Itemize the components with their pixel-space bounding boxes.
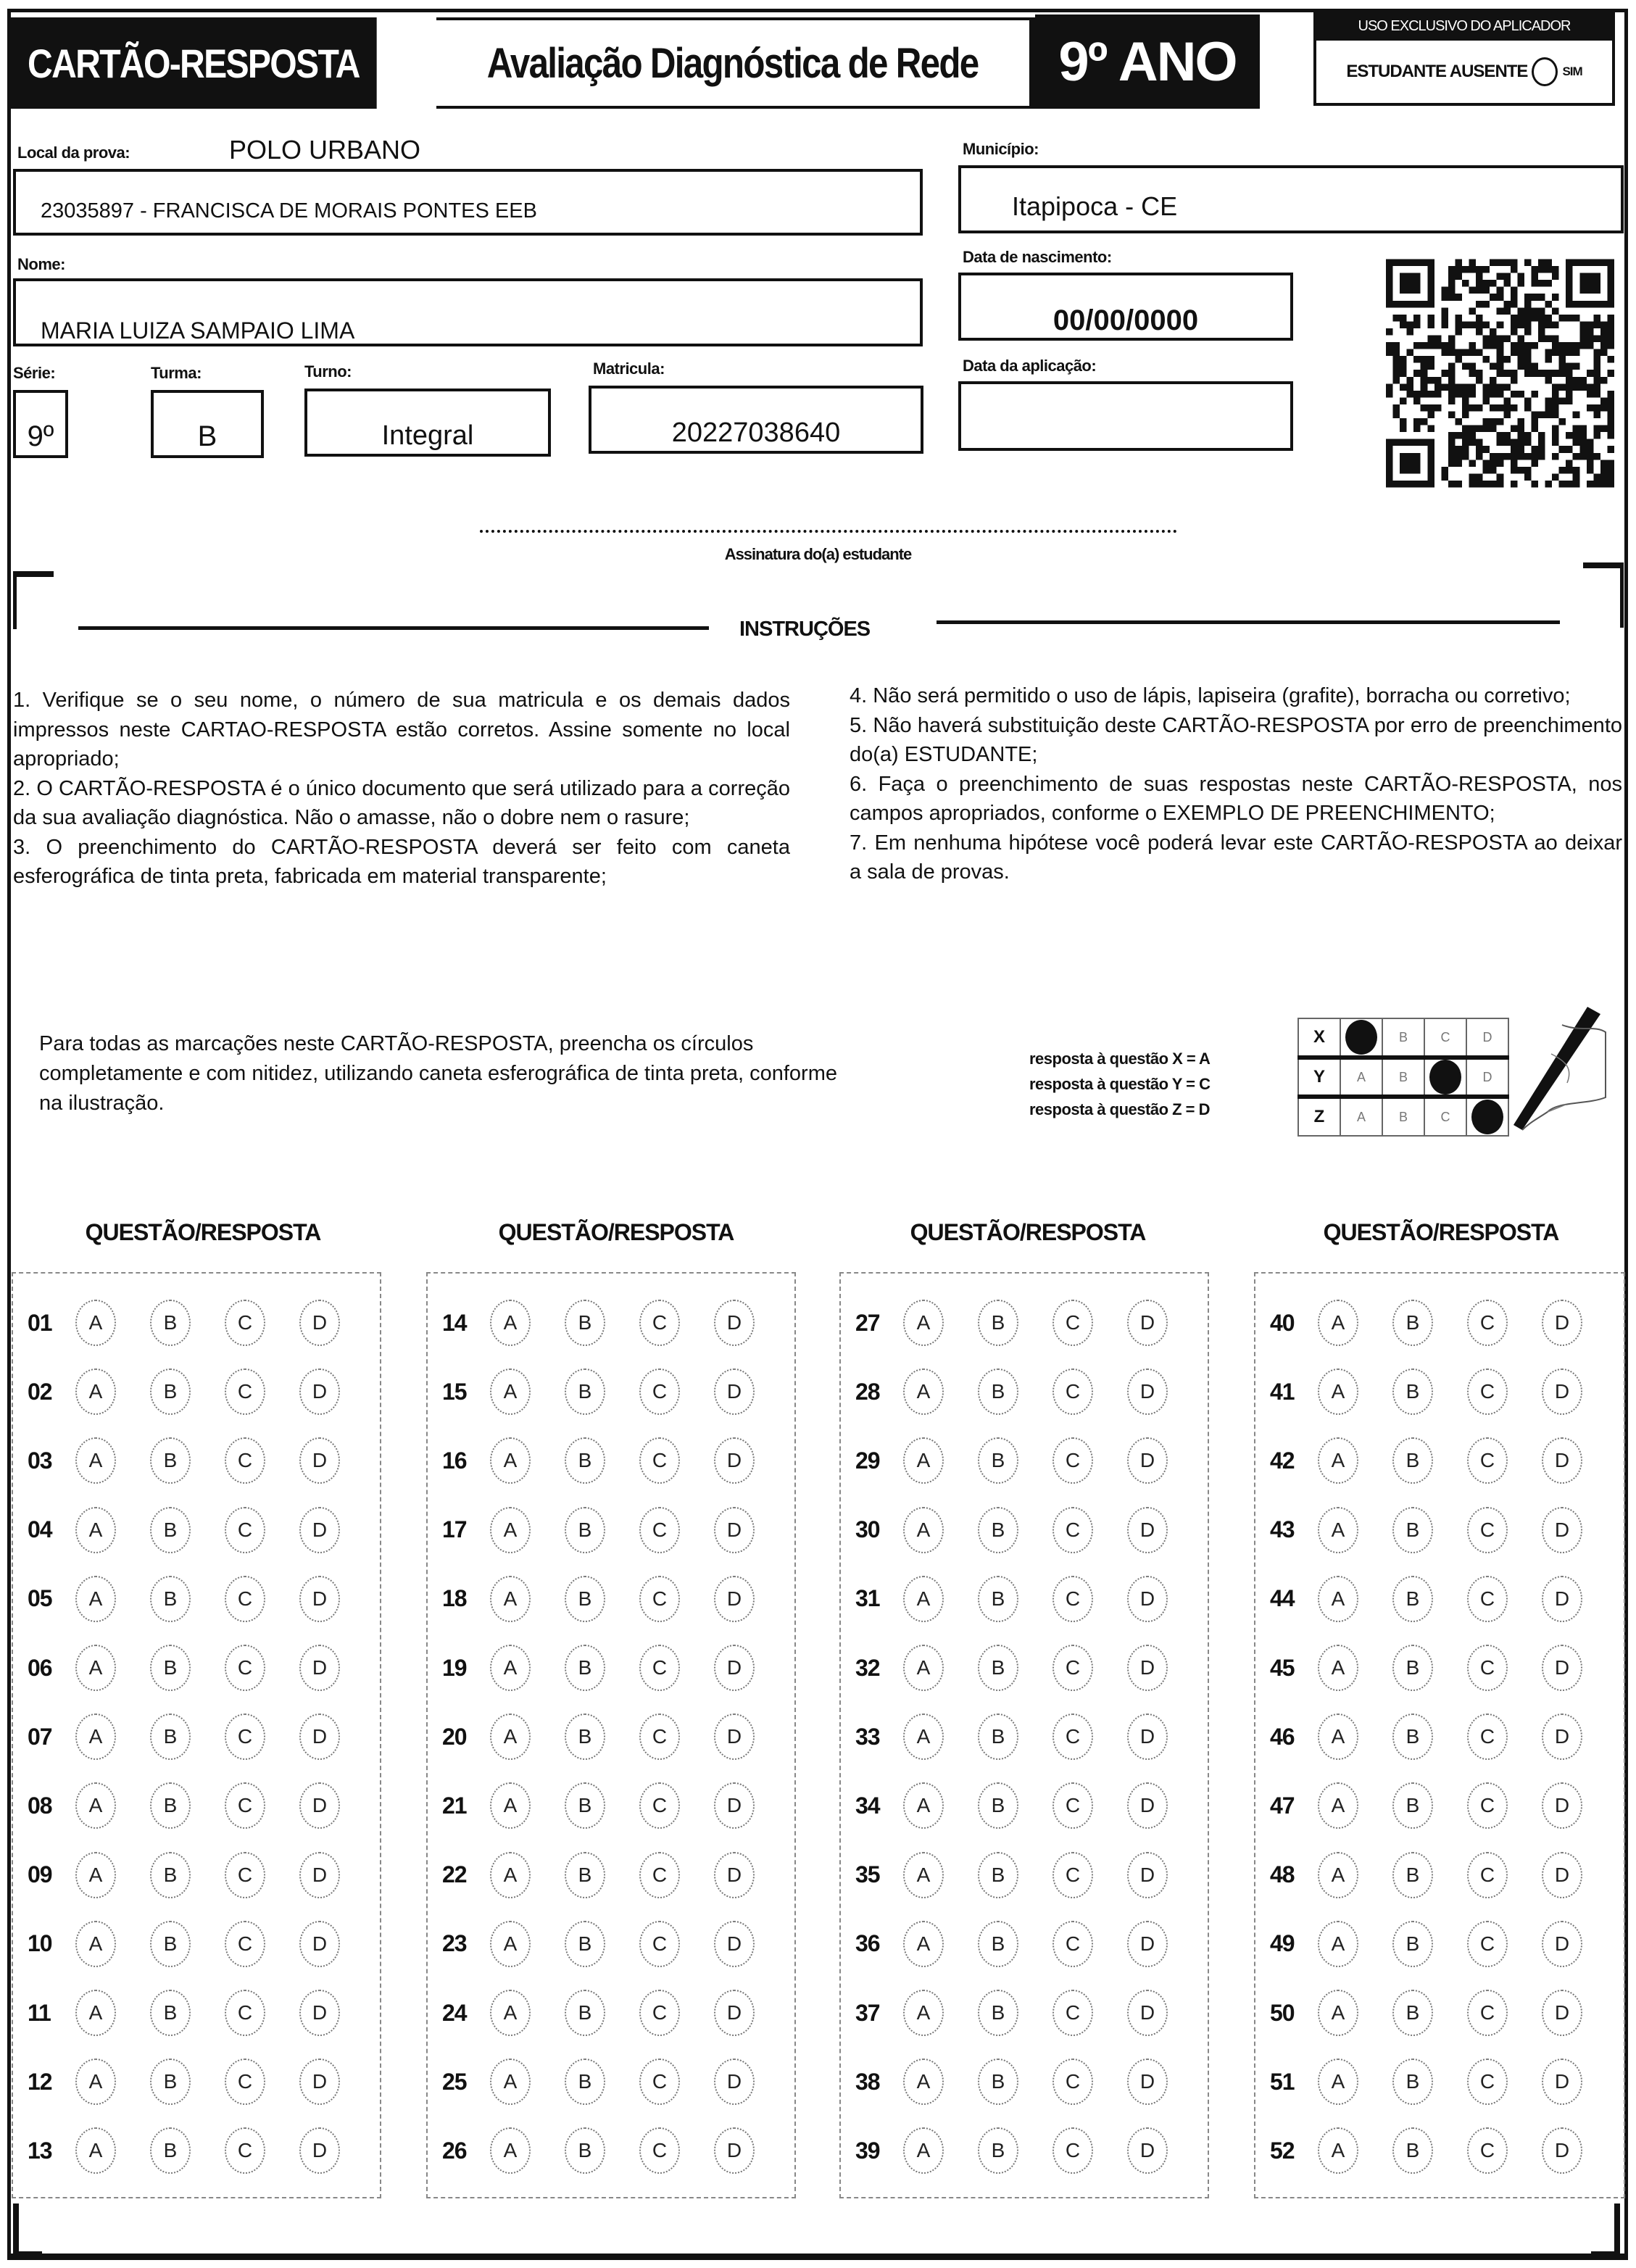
answer-bubble-d[interactable]: D — [299, 1921, 340, 1967]
answer-bubble-a[interactable]: A — [1318, 1368, 1358, 1415]
name-field: MARIA LUIZA SAMPAIO LIMA — [13, 278, 923, 346]
answer-bubble-b[interactable]: B — [978, 1645, 1018, 1691]
answer-bubble-a[interactable]: A — [903, 2059, 944, 2105]
answer-bubble-c[interactable]: C — [225, 1852, 265, 1898]
question-row: 46ABCD — [1255, 1715, 1624, 1758]
question-number: 19 — [428, 1655, 490, 1682]
answer-bubble-a[interactable]: A — [1318, 1714, 1358, 1760]
answer-bubble-c[interactable]: C — [639, 1782, 680, 1829]
exam-location-value: POLO URBANO — [229, 135, 420, 165]
answer-bubble-a[interactable]: A — [75, 1300, 116, 1346]
answer-bubble-c[interactable]: C — [1052, 1852, 1093, 1898]
signature-line[interactable] — [480, 530, 1177, 533]
answer-bubble-b[interactable]: B — [565, 1437, 605, 1484]
question-row: 38ABCD — [841, 2060, 1208, 2103]
answer-bubble-d[interactable]: D — [299, 1714, 340, 1760]
question-row: 05ABCD — [13, 1577, 380, 1621]
answer-bubble-d[interactable]: D — [299, 1576, 340, 1622]
answer-bubble-a[interactable]: A — [490, 1576, 531, 1622]
example-empty-bubble: B — [1382, 1058, 1424, 1097]
answer-bubble-b[interactable]: B — [150, 1645, 191, 1691]
question-row: 13ABCD — [13, 2129, 380, 2172]
answer-bubble-b[interactable]: B — [978, 1507, 1018, 1553]
answer-bubble-c[interactable]: C — [225, 2127, 265, 2174]
question-row: 14ABCD — [428, 1301, 794, 1345]
answer-bubble-b[interactable]: B — [150, 2059, 191, 2105]
question-row: 37ABCD — [841, 1991, 1208, 2035]
answer-bubble-c[interactable]: C — [639, 1368, 680, 1415]
answer-bubble-b[interactable]: B — [1392, 1921, 1433, 1967]
answer-bubble-b[interactable]: B — [565, 1576, 605, 1622]
answer-bubble-c[interactable]: C — [1052, 1300, 1093, 1346]
grade-badge: 9º ANO — [1035, 14, 1260, 109]
grade-badge-text: 9º ANO — [1058, 30, 1236, 94]
answer-bubble-d[interactable]: D — [1127, 1990, 1168, 2036]
answer-bubble-d[interactable]: D — [1542, 1714, 1582, 1760]
answer-bubble-c[interactable]: C — [1052, 1921, 1093, 1967]
answer-bubble-c[interactable]: C — [639, 2127, 680, 2174]
example-empty-bubble: C — [1424, 1018, 1466, 1058]
column-header: QUESTÃO/RESPOSTA — [435, 1219, 797, 1246]
answer-bubble-b[interactable]: B — [565, 1300, 605, 1346]
instructions-left: 1. Verifique se o seu nome, o número de … — [13, 686, 790, 892]
answer-bubble-d[interactable]: D — [299, 1990, 340, 2036]
answer-bubble-b[interactable]: B — [565, 2127, 605, 2174]
answer-bubble-c[interactable]: C — [639, 2059, 680, 2105]
answer-bubble-b[interactable]: B — [978, 2127, 1018, 2174]
answer-bubble-c[interactable]: C — [225, 1645, 265, 1691]
card-title-text: CARTÃO-RESPOSTA — [28, 40, 360, 87]
question-row: 29ABCD — [841, 1439, 1208, 1482]
question-row: 36ABCD — [841, 1922, 1208, 1966]
answer-bubble-a[interactable]: A — [1318, 1437, 1358, 1484]
answer-bubble-a[interactable]: A — [903, 1921, 944, 1967]
question-row: 26ABCD — [428, 2129, 794, 2172]
answer-bubble-b[interactable]: B — [150, 1990, 191, 2036]
filled-circle-icon — [1345, 1020, 1377, 1055]
answer-bubble-a[interactable]: A — [75, 1852, 116, 1898]
question-number: 31 — [841, 1585, 903, 1612]
answer-bubble-b[interactable]: B — [565, 1990, 605, 2036]
class-label: Turma: — [151, 364, 202, 383]
grade-label: Série: — [13, 364, 55, 383]
answer-bubble-c[interactable]: C — [225, 1990, 265, 2036]
answer-bubble-b[interactable]: B — [150, 1576, 191, 1622]
answer-bubble-a[interactable]: A — [903, 1576, 944, 1622]
question-number: 13 — [13, 2138, 75, 2164]
answer-bubble-a[interactable]: A — [75, 1576, 116, 1622]
answer-bubble-c[interactable]: C — [1467, 1645, 1508, 1691]
answer-bubble-b[interactable]: B — [1392, 1507, 1433, 1553]
answer-bubble-b[interactable]: B — [978, 1437, 1018, 1484]
question-row: 20ABCD — [428, 1715, 794, 1758]
answer-bubble-d[interactable]: D — [1127, 1645, 1168, 1691]
question-number: 52 — [1255, 2138, 1318, 2164]
answer-bubble-a[interactable]: A — [903, 1990, 944, 2036]
answer-bubble-a[interactable]: A — [75, 1782, 116, 1829]
answer-bubble-a[interactable]: A — [903, 2127, 944, 2174]
answer-bubble-c[interactable]: C — [1467, 1921, 1508, 1967]
answer-bubble-c[interactable]: C — [225, 1714, 265, 1760]
answer-bubble-a[interactable]: A — [903, 1782, 944, 1829]
question-number: 01 — [13, 1310, 75, 1337]
answer-bubble-d[interactable]: D — [1127, 1437, 1168, 1484]
question-row: 42ABCD — [1255, 1439, 1624, 1482]
example-row-label: Y — [1298, 1058, 1340, 1097]
answer-bubble-b[interactable]: B — [1392, 1990, 1433, 2036]
answer-bubble-b[interactable]: B — [1392, 2059, 1433, 2105]
answer-bubble-b[interactable]: B — [565, 1921, 605, 1967]
answer-bubble-c[interactable]: C — [1052, 2059, 1093, 2105]
answer-bubble-c[interactable]: C — [1052, 1507, 1093, 1553]
answer-column: 40ABCD41ABCD42ABCD43ABCD44ABCD45ABCD46AB… — [1254, 1272, 1625, 2198]
answer-bubble-a[interactable]: A — [75, 1714, 116, 1760]
answer-bubble-c[interactable]: C — [1467, 2059, 1508, 2105]
answer-bubble-a[interactable]: A — [490, 1714, 531, 1760]
answer-bubble-a[interactable]: A — [903, 1645, 944, 1691]
example-legend-z: resposta à questão Z = D — [1029, 1097, 1210, 1122]
answer-bubble-a[interactable]: A — [490, 2059, 531, 2105]
answer-bubble-d[interactable]: D — [714, 1300, 755, 1346]
answer-bubble-d[interactable]: D — [1127, 1576, 1168, 1622]
answer-bubble-a[interactable]: A — [1318, 1782, 1358, 1829]
answer-bubble-b[interactable]: B — [565, 1852, 605, 1898]
answer-bubble-c[interactable]: C — [1467, 2127, 1508, 2174]
question-row: 08ABCD — [13, 1784, 380, 1827]
answer-bubble-a[interactable]: A — [75, 1507, 116, 1553]
answer-bubble-d[interactable]: D — [1542, 1368, 1582, 1415]
answer-bubble-c[interactable]: C — [1467, 1990, 1508, 2036]
question-row: 18ABCD — [428, 1577, 794, 1621]
answer-bubble-d[interactable]: D — [1542, 1437, 1582, 1484]
answer-bubble-b[interactable]: B — [978, 1576, 1018, 1622]
answer-bubble-d[interactable]: D — [299, 1368, 340, 1415]
answer-bubble-b[interactable]: B — [1392, 1782, 1433, 1829]
answer-bubble-b[interactable]: B — [150, 1437, 191, 1484]
answer-bubble-c[interactable]: C — [225, 1576, 265, 1622]
answer-bubble-d[interactable]: D — [1542, 1990, 1582, 2036]
answer-bubble-b[interactable]: B — [150, 1368, 191, 1415]
answer-bubble-c[interactable]: C — [639, 1852, 680, 1898]
answer-bubble-d[interactable]: D — [1542, 1507, 1582, 1553]
applicator-title: USO EXCLUSIVO DO APLICADOR — [1316, 12, 1612, 41]
answer-bubble-d[interactable]: D — [1127, 1300, 1168, 1346]
answer-bubble-a[interactable]: A — [903, 1368, 944, 1415]
answer-bubble-d[interactable]: D — [714, 1437, 755, 1484]
column-header: QUESTÃO/RESPOSTA — [1260, 1219, 1622, 1246]
answer-bubble-b[interactable]: B — [1392, 1300, 1433, 1346]
school-field: 23035897 - FRANCISCA DE MORAIS PONTES EE… — [13, 169, 923, 236]
answer-bubble-a[interactable]: A — [75, 2059, 116, 2105]
answer-bubble-b[interactable]: B — [150, 2127, 191, 2174]
column-header: QUESTÃO/RESPOSTA — [847, 1219, 1209, 1246]
answer-bubble-a[interactable]: A — [903, 1300, 944, 1346]
question-number: 20 — [428, 1724, 490, 1750]
answer-bubble-c[interactable]: C — [1467, 1437, 1508, 1484]
answer-bubble-a[interactable]: A — [75, 1990, 116, 2036]
answer-bubble-b[interactable]: B — [565, 2059, 605, 2105]
answer-bubble-a[interactable]: A — [1318, 1645, 1358, 1691]
answer-bubble-c[interactable]: C — [225, 1368, 265, 1415]
answer-bubble-d[interactable]: D — [1542, 1576, 1582, 1622]
answer-bubble-b[interactable]: B — [978, 1782, 1018, 1829]
answer-bubble-d[interactable]: D — [299, 1782, 340, 1829]
answer-bubble-b[interactable]: B — [978, 2059, 1018, 2105]
answer-bubble-c[interactable]: C — [225, 1300, 265, 1346]
answer-bubble-c[interactable]: C — [639, 1300, 680, 1346]
answer-bubble-c[interactable]: C — [225, 1782, 265, 1829]
answer-bubble-c[interactable]: C — [1467, 1507, 1508, 1553]
answer-bubble-b[interactable]: B — [978, 1368, 1018, 1415]
answer-bubble-c[interactable]: C — [1052, 1437, 1093, 1484]
municipality-value: Itapipoca - CE — [1012, 191, 1177, 222]
answer-bubble-c[interactable]: C — [639, 1714, 680, 1760]
answer-bubble-c[interactable]: C — [1052, 1714, 1093, 1760]
answer-bubble-b[interactable]: B — [978, 1852, 1018, 1898]
answer-bubble-c[interactable]: C — [1467, 1576, 1508, 1622]
absent-label: ESTUDANTE AUSENTE — [1346, 62, 1527, 82]
question-number: 04 — [13, 1516, 75, 1543]
answer-bubble-c[interactable]: C — [1052, 2127, 1093, 2174]
answer-bubble-c[interactable]: C — [1467, 1782, 1508, 1829]
answer-bubble-b[interactable]: B — [150, 1714, 191, 1760]
answer-bubble-d[interactable]: D — [1127, 2059, 1168, 2105]
answer-bubble-c[interactable]: C — [639, 1576, 680, 1622]
exam-location-label: Local da prova: — [17, 144, 130, 162]
instructions-title: INSTRUÇÕES — [739, 618, 870, 641]
answer-bubble-b[interactable]: B — [565, 1368, 605, 1415]
answer-bubble-a[interactable]: A — [1318, 1921, 1358, 1967]
answer-bubble-b[interactable]: B — [1392, 1645, 1433, 1691]
answer-bubble-b[interactable]: B — [978, 1714, 1018, 1760]
answer-bubble-a[interactable]: A — [1318, 1576, 1358, 1622]
answer-bubble-b[interactable]: B — [1392, 1852, 1433, 1898]
example-legend-y: resposta à questão Y = C — [1029, 1071, 1210, 1097]
answer-bubble-c[interactable]: C — [1467, 1852, 1508, 1898]
answer-bubble-d[interactable]: D — [714, 1990, 755, 2036]
answer-bubble-a[interactable]: A — [490, 1852, 531, 1898]
question-row: 39ABCD — [841, 2129, 1208, 2172]
instructions-rule-right — [937, 620, 1560, 624]
answer-bubble-c[interactable]: C — [639, 1921, 680, 1967]
question-number: 42 — [1255, 1447, 1318, 1474]
answer-bubble-c[interactable]: C — [1052, 1990, 1093, 2036]
example-empty-bubble: B — [1382, 1097, 1424, 1136]
answer-bubble-d[interactable]: D — [714, 1645, 755, 1691]
name-value: MARIA LUIZA SAMPAIO LIMA — [41, 317, 354, 344]
question-row: 41ABCD — [1255, 1370, 1624, 1413]
answer-bubble-a[interactable]: A — [1318, 2059, 1358, 2105]
answer-bubble-a[interactable]: A — [75, 1921, 116, 1967]
answer-bubble-c[interactable]: C — [1052, 1645, 1093, 1691]
answer-bubble-d[interactable]: D — [1127, 1782, 1168, 1829]
question-row: 24ABCD — [428, 1991, 794, 2035]
answer-bubble-d[interactable]: D — [1542, 2059, 1582, 2105]
answer-bubble-a[interactable]: A — [490, 1437, 531, 1484]
answer-bubble-d[interactable]: D — [299, 1852, 340, 1898]
answer-bubble-d[interactable]: D — [714, 1782, 755, 1829]
answer-bubble-a[interactable]: A — [490, 1921, 531, 1967]
example-empty-bubble: B — [1382, 1018, 1424, 1058]
answer-bubble-a[interactable]: A — [903, 1714, 944, 1760]
exam-title-box: Avaliação Diagnóstica de Rede — [436, 17, 1037, 109]
fill-example-grid: XBCDYABDZABC — [1297, 1018, 1509, 1137]
answer-bubble-d[interactable]: D — [299, 1437, 340, 1484]
answer-bubble-a[interactable]: A — [490, 2127, 531, 2174]
fill-guide-text: Para todas as marcações neste CARTÃO-RES… — [39, 1029, 858, 1118]
answer-bubble-d[interactable]: D — [714, 1714, 755, 1760]
question-row: 51ABCD — [1255, 2060, 1624, 2103]
answer-bubble-a[interactable]: A — [1318, 1300, 1358, 1346]
answer-bubble-d[interactable]: D — [1542, 1645, 1582, 1691]
answer-bubble-a[interactable]: A — [490, 1507, 531, 1553]
answer-bubble-c[interactable]: C — [1467, 1368, 1508, 1415]
question-number: 28 — [841, 1379, 903, 1405]
answer-bubble-a[interactable]: A — [490, 1368, 531, 1415]
answer-bubble-a[interactable]: A — [490, 1645, 531, 1691]
question-row: 11ABCD — [13, 1991, 380, 2035]
answer-bubble-a[interactable]: A — [1318, 1852, 1358, 1898]
answer-bubble-d[interactable]: D — [714, 1368, 755, 1415]
question-row: 30ABCD — [841, 1508, 1208, 1552]
example-legend-x: resposta à questão X = A — [1029, 1046, 1210, 1071]
answer-bubble-b[interactable]: B — [1392, 2127, 1433, 2174]
question-row: 04ABCD — [13, 1508, 380, 1552]
answer-bubble-b[interactable]: B — [565, 1507, 605, 1553]
question-row: 10ABCD — [13, 1922, 380, 1966]
question-row: 43ABCD — [1255, 1508, 1624, 1552]
question-number: 34 — [841, 1793, 903, 1819]
answer-bubble-d[interactable]: D — [299, 2059, 340, 2105]
answer-bubble-a[interactable]: A — [1318, 2127, 1358, 2174]
absent-option-label: SIM — [1562, 65, 1582, 79]
corner-mark-top-left — [13, 571, 54, 629]
answer-bubble-b[interactable]: B — [150, 1782, 191, 1829]
answer-bubble-c[interactable]: C — [225, 1437, 265, 1484]
answer-bubble-d[interactable]: D — [714, 1576, 755, 1622]
question-row: 50ABCD — [1255, 1991, 1624, 2035]
enrollment-label: Matricula: — [593, 360, 665, 378]
answer-column: 01ABCD02ABCD03ABCD04ABCD05ABCD06ABCD07AB… — [12, 1272, 381, 2198]
answer-bubble-c[interactable]: C — [1052, 1782, 1093, 1829]
answer-bubble-d[interactable]: D — [299, 1300, 340, 1346]
answer-bubble-d[interactable]: D — [714, 1507, 755, 1553]
answer-bubble-a[interactable]: A — [75, 2127, 116, 2174]
answer-bubble-a[interactable]: A — [1318, 1507, 1358, 1553]
question-number: 10 — [13, 1930, 75, 1957]
birth-date-label: Data de nascimento: — [963, 248, 1112, 267]
answer-bubble-d[interactable]: D — [1127, 1368, 1168, 1415]
question-number: 16 — [428, 1447, 490, 1474]
answer-bubble-b[interactable]: B — [978, 1921, 1018, 1967]
answer-bubble-a[interactable]: A — [903, 1507, 944, 1553]
answer-bubble-c[interactable]: C — [639, 1437, 680, 1484]
answer-bubble-b[interactable]: B — [565, 1714, 605, 1760]
question-number: 50 — [1255, 2000, 1318, 2027]
answer-bubble-d[interactable]: D — [1542, 1852, 1582, 1898]
question-row: 15ABCD — [428, 1370, 794, 1413]
question-number: 29 — [841, 1447, 903, 1474]
answer-bubble-d[interactable]: D — [714, 2059, 755, 2105]
answer-bubble-b[interactable]: B — [150, 1507, 191, 1553]
answer-bubble-b[interactable]: B — [150, 1921, 191, 1967]
question-row: 45ABCD — [1255, 1646, 1624, 1690]
answer-bubble-d[interactable]: D — [1542, 2127, 1582, 2174]
answer-bubble-a[interactable]: A — [903, 1437, 944, 1484]
answer-bubble-b[interactable]: B — [150, 1300, 191, 1346]
question-row: 32ABCD — [841, 1646, 1208, 1690]
answer-bubble-c[interactable]: C — [1052, 1368, 1093, 1415]
answer-bubble-c[interactable]: C — [639, 1507, 680, 1553]
question-number: 22 — [428, 1861, 490, 1888]
question-row: 27ABCD — [841, 1301, 1208, 1345]
answer-bubble-b[interactable]: B — [1392, 1714, 1433, 1760]
answer-bubble-b[interactable]: B — [978, 1990, 1018, 2036]
question-row: 06ABCD — [13, 1646, 380, 1690]
answer-bubble-b[interactable]: B — [565, 1782, 605, 1829]
answer-bubble-c[interactable]: C — [225, 1507, 265, 1553]
answer-bubble-a[interactable]: A — [75, 1368, 116, 1415]
answer-bubble-d[interactable]: D — [1542, 1921, 1582, 1967]
answer-bubble-c[interactable]: C — [225, 1921, 265, 1967]
answer-bubble-d[interactable]: D — [299, 1645, 340, 1691]
answer-bubble-d[interactable]: D — [714, 1921, 755, 1967]
question-row: 09ABCD — [13, 1853, 380, 1897]
answer-bubble-a[interactable]: A — [75, 1437, 116, 1484]
application-date-field[interactable] — [958, 381, 1293, 451]
question-number: 39 — [841, 2138, 903, 2164]
answer-bubble-d[interactable]: D — [1127, 1714, 1168, 1760]
instructions-right: 4. Não será permitido o uso de lápis, la… — [850, 681, 1622, 887]
enrollment-field: 20227038640 — [589, 386, 923, 454]
answer-bubble-a[interactable]: A — [490, 1300, 531, 1346]
answer-bubble-b[interactable]: B — [978, 1300, 1018, 1346]
answer-bubble-a[interactable]: A — [903, 1852, 944, 1898]
answer-bubble-c[interactable]: C — [639, 1645, 680, 1691]
answer-bubble-d[interactable]: D — [299, 2127, 340, 2174]
answer-bubble-c[interactable]: C — [225, 2059, 265, 2105]
answer-bubble-d[interactable]: D — [1127, 1507, 1168, 1553]
answer-bubble-b[interactable]: B — [1392, 1576, 1433, 1622]
answer-bubble-b[interactable]: B — [150, 1852, 191, 1898]
answer-bubble-d[interactable]: D — [299, 1507, 340, 1553]
answer-bubble-c[interactable]: C — [639, 1990, 680, 2036]
answer-bubble-b[interactable]: B — [565, 1645, 605, 1691]
answer-bubble-a[interactable]: A — [490, 1990, 531, 2036]
answer-bubble-b[interactable]: B — [1392, 1437, 1433, 1484]
question-number: 15 — [428, 1379, 490, 1405]
answer-bubble-d[interactable]: D — [1127, 1852, 1168, 1898]
answer-bubble-d[interactable]: D — [1542, 1300, 1582, 1346]
question-number: 38 — [841, 2069, 903, 2095]
answer-bubble-a[interactable]: A — [75, 1645, 116, 1691]
question-number: 26 — [428, 2138, 490, 2164]
answer-bubble-d[interactable]: D — [714, 1852, 755, 1898]
question-number: 40 — [1255, 1310, 1318, 1337]
answer-bubble-d[interactable]: D — [1127, 2127, 1168, 2174]
absent-checkbox[interactable] — [1532, 57, 1558, 86]
answer-bubble-d[interactable]: D — [1127, 1921, 1168, 1967]
answer-bubble-d[interactable]: D — [714, 2127, 755, 2174]
answer-bubble-a[interactable]: A — [490, 1782, 531, 1829]
answer-bubble-c[interactable]: C — [1467, 1300, 1508, 1346]
answer-bubble-a[interactable]: A — [1318, 1990, 1358, 2036]
instructions-rule-left — [78, 626, 709, 630]
answer-bubble-b[interactable]: B — [1392, 1368, 1433, 1415]
answer-bubble-c[interactable]: C — [1467, 1714, 1508, 1760]
answer-bubble-c[interactable]: C — [1052, 1576, 1093, 1622]
answer-bubble-d[interactable]: D — [1542, 1782, 1582, 1829]
